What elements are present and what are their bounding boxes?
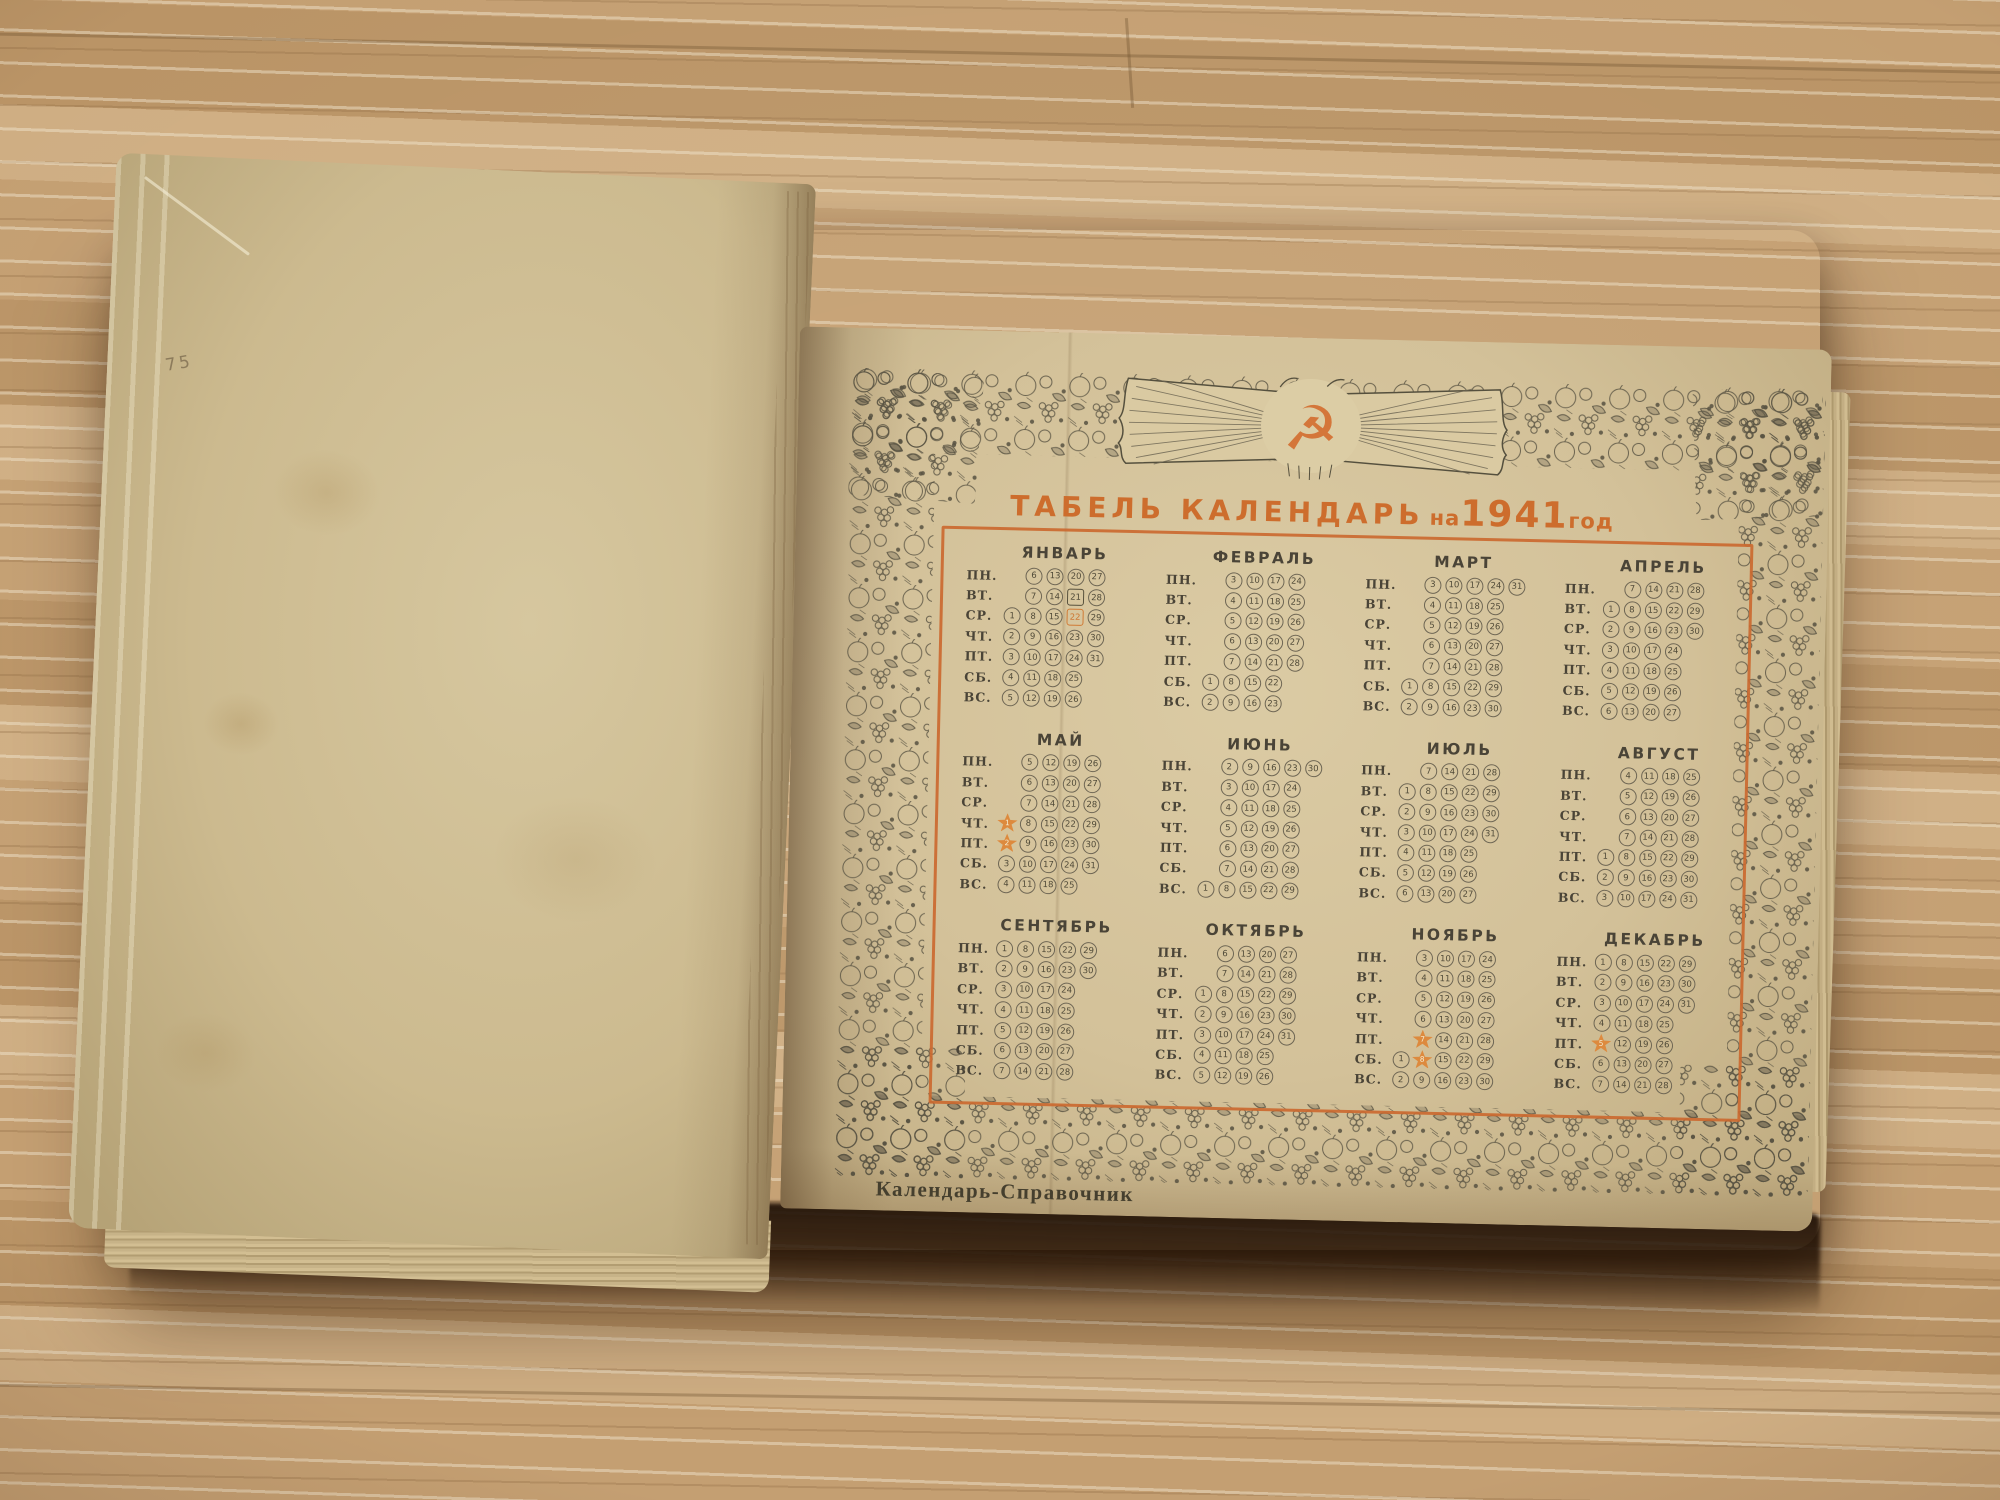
date-circle: 4	[1224, 592, 1241, 609]
day-row: ВС.6132027	[1358, 882, 1536, 906]
date-star: 1	[997, 813, 1018, 833]
day-label: СБ.	[1164, 673, 1200, 689]
date-cell: 29	[1684, 603, 1705, 620]
date-cell: 10	[1443, 577, 1464, 594]
date-circle: 16	[1638, 870, 1655, 887]
date-circle: 14	[1014, 1063, 1031, 1080]
date-cell: 5	[1019, 754, 1040, 771]
date-circle: 3	[1225, 572, 1242, 589]
date-cell: 2	[1192, 1006, 1213, 1023]
date-circle: 27	[1084, 776, 1101, 793]
date-circle: 27	[1459, 886, 1476, 903]
date-circle: 25	[1256, 1048, 1273, 1065]
date-cell: 2	[1219, 758, 1240, 775]
date-cell: 2	[1592, 974, 1613, 991]
date-circle: 7	[1618, 829, 1635, 846]
date-cell: 19	[1264, 613, 1285, 630]
date-circle: 28	[1286, 655, 1303, 672]
date-circle: 14	[1645, 581, 1662, 598]
page-stain	[184, 676, 298, 771]
date-cell: 9	[1213, 1006, 1234, 1023]
date-cell: 16	[1043, 629, 1064, 646]
date-circle: 22	[1660, 850, 1677, 867]
date-cell: 2	[1398, 698, 1419, 715]
date-cell: 13	[1433, 1011, 1454, 1028]
date-cell: 25	[1662, 663, 1683, 680]
date-cell: 11	[1243, 593, 1264, 610]
month-5: МАЙПН.5121926ВТ.6132027СР.7142128ЧТ.1815…	[937, 718, 1141, 909]
date-circle: 21	[1260, 861, 1277, 878]
date-cell: 31	[1506, 578, 1527, 595]
date-cell: 6	[992, 1042, 1013, 1059]
date-cell: 19	[1632, 1036, 1653, 1053]
date-circle: 31	[1082, 857, 1099, 874]
date-cell: 28	[1284, 655, 1305, 672]
date-circle: 20	[1634, 1056, 1651, 1073]
day-label: ВС.	[1155, 1067, 1191, 1083]
date-circle: 10	[1246, 572, 1263, 589]
date-cell: 12	[1416, 865, 1437, 882]
date-cell: 4	[1422, 597, 1443, 614]
month-name: ЯНВАРЬ	[1001, 543, 1129, 564]
date-cell: 11	[1016, 876, 1037, 893]
date-cell: 11	[1416, 844, 1437, 861]
date-circle: 13	[1640, 809, 1657, 826]
day-label: ВТ.	[1165, 592, 1201, 608]
day-label: ПН.	[962, 754, 998, 770]
date-circle: 19	[1235, 1068, 1252, 1085]
date-circle: 12	[1613, 1036, 1630, 1053]
date-cell: 9	[1411, 1072, 1432, 1089]
date-circle: 16	[1045, 629, 1062, 646]
day-label: ВС.	[1354, 1072, 1390, 1088]
date-cell: 8	[1621, 601, 1642, 618]
date-cell: 11	[1021, 669, 1042, 686]
date-cell: 1	[994, 940, 1015, 957]
date-cell: 8	[1018, 815, 1039, 832]
date-circle: 24	[1061, 857, 1078, 874]
date-cell: 13	[1238, 840, 1259, 857]
date-circle: 6	[1021, 774, 1038, 791]
date-circle: 24	[1288, 573, 1305, 590]
date-circle: 19	[1036, 1023, 1053, 1040]
date-circle: 12	[1418, 865, 1435, 882]
date-circle: 24	[1283, 780, 1300, 797]
month-name: АПРЕЛЬ	[1599, 557, 1727, 578]
date-cell: 27	[1284, 634, 1305, 651]
day-label: ВС.	[1363, 698, 1399, 714]
date-cell: 15	[1234, 986, 1255, 1003]
date-cell: 11	[1434, 970, 1455, 987]
date-circle: 3	[1596, 889, 1613, 906]
date-circle: 30	[1305, 760, 1322, 777]
date-cell: 21	[1060, 796, 1081, 813]
date-cell: 24	[1485, 578, 1506, 595]
day-label: СБ.	[964, 669, 1000, 685]
day-label: ВС.	[1163, 694, 1199, 710]
date-cell: 5	[1598, 682, 1619, 699]
date-cell: 21	[1462, 659, 1483, 676]
date-cell: 13	[1442, 638, 1463, 655]
date-circle: 20	[1261, 841, 1278, 858]
date-cell: 8	[1418, 783, 1439, 800]
date-cell: 17	[1633, 995, 1654, 1012]
date-circle: 24	[1479, 951, 1496, 968]
date-circle: 31	[1277, 1028, 1294, 1045]
date-circle: 27	[1057, 1043, 1074, 1060]
date-circle: 24	[1256, 1028, 1273, 1045]
date-circle: 28	[1687, 582, 1704, 599]
date-circle: 23	[1264, 695, 1281, 712]
day-label: ВС.	[1358, 885, 1394, 901]
date-circle: 5	[1219, 820, 1236, 837]
day-label: ЧТ.	[1164, 633, 1200, 649]
date-circle: 21	[1062, 796, 1079, 813]
date-circle: 5	[1397, 864, 1414, 881]
date-circle: 18	[1457, 971, 1474, 988]
date-circle: 6	[1619, 808, 1636, 825]
date-cell: 6	[1421, 637, 1442, 654]
date-circle: 20	[1036, 1043, 1053, 1060]
date-cell: 23	[1453, 1073, 1474, 1090]
date-cell: 23	[1064, 629, 1085, 646]
date-cell: 8	[1216, 881, 1237, 898]
date-cell: 19	[1640, 683, 1661, 700]
day-label: ЧТ.	[1364, 637, 1400, 653]
date-circle: 21	[1666, 582, 1683, 599]
date-circle: 1	[1594, 954, 1611, 971]
month-4: АПРЕЛЬПН.7142128ВТ.18152229СР.29162330ЧТ…	[1540, 545, 1744, 736]
date-circle: 4	[1601, 662, 1618, 679]
date-cell: 27	[1680, 810, 1701, 827]
date-cell: 3	[1422, 576, 1443, 593]
date-cell: 8	[1220, 674, 1241, 691]
date-circle: 8	[1623, 601, 1640, 618]
date-cell: 6	[1394, 885, 1415, 902]
date-circle: 19	[1642, 683, 1659, 700]
date-circle: 25	[1487, 598, 1504, 615]
date-cell: 10	[1239, 779, 1260, 796]
date-cell: 24	[1459, 825, 1480, 842]
date-circle: 31	[1677, 996, 1694, 1013]
day-label: ПТ.	[956, 1022, 992, 1038]
hammer-and-sickle-icon: ☭	[1282, 391, 1340, 466]
date-cell: 9	[1022, 628, 1043, 645]
day-label: СР.	[1360, 803, 1396, 819]
date-cell: 22	[1258, 882, 1279, 899]
date-circle: 25	[1057, 1003, 1074, 1020]
date-circle: 14	[1639, 829, 1656, 846]
date-circle: 22	[1260, 882, 1277, 899]
date-circle: 25	[1478, 971, 1495, 988]
date-circle: 2	[1594, 974, 1611, 991]
date-cell: 5	[1222, 613, 1243, 630]
date-cell: 27	[1086, 569, 1107, 586]
date-circle: 7	[993, 1062, 1010, 1079]
day-label: ВТ.	[962, 774, 998, 790]
date-cell: 1	[1001, 608, 1022, 625]
date-cell: 19	[1463, 618, 1484, 635]
date-cell: 10	[1014, 981, 1035, 998]
page-stain	[134, 995, 279, 1111]
date-cell: 1	[1199, 673, 1220, 690]
date-cell: 2	[1001, 628, 1022, 645]
date-cell: 14	[1039, 795, 1060, 812]
date-cell: 26	[1254, 1068, 1275, 1085]
date-circle: 21	[1265, 654, 1282, 671]
date-cell: 14	[1242, 654, 1263, 671]
date-cell: 23	[1461, 700, 1482, 717]
date-cell: 20	[1256, 946, 1277, 963]
date-circle: 4	[1397, 844, 1414, 861]
date-cell: 3	[993, 981, 1014, 998]
day-label: СБ.	[1159, 860, 1195, 876]
date-circle: 30	[1482, 805, 1499, 822]
date-cell: 16	[1438, 804, 1459, 821]
day-label: ПН.	[1565, 581, 1601, 597]
date-circle: 11	[1015, 1002, 1032, 1019]
date-cell: 7	[1023, 588, 1044, 605]
day-label: ВС.	[1553, 1076, 1589, 1092]
date-cell: 3	[1223, 572, 1244, 589]
date-cell: 3	[1396, 824, 1417, 841]
date-circle: 13	[1046, 568, 1063, 585]
day-label: ВТ.	[1556, 974, 1592, 990]
date-cell: 23	[1059, 836, 1080, 853]
date-circle: 3	[1193, 1026, 1210, 1043]
date-cell: 6	[1023, 567, 1044, 584]
date-circle: 2	[1194, 1006, 1211, 1023]
day-label: ПН.	[1556, 954, 1592, 970]
date-cell: 21	[1256, 966, 1277, 983]
date-cell: 13	[1040, 775, 1061, 792]
date-cell: 31	[1675, 996, 1696, 1013]
date-cell: 19	[1659, 789, 1680, 806]
day-label: СР.	[1165, 612, 1201, 628]
date-circle: 28	[1279, 967, 1296, 984]
date-circle: 20	[1456, 1012, 1473, 1029]
date-cell: 12	[1619, 683, 1640, 700]
date-circle: 4	[1220, 799, 1237, 816]
date-circle: 15	[1434, 1052, 1451, 1069]
date-cell: 27	[1484, 639, 1505, 656]
date-cell: 15	[1441, 679, 1462, 696]
date-circle: 3	[995, 981, 1012, 998]
day-label: ПН.	[1157, 945, 1193, 961]
date-circle: 29	[1087, 609, 1104, 626]
date-cell: 25	[1281, 801, 1302, 818]
date-circle: 26	[1287, 614, 1304, 631]
date-circle: 2	[1201, 694, 1218, 711]
date-cell: 14	[1439, 763, 1460, 780]
date-circle: 19	[1439, 865, 1456, 882]
date-circle: 23	[1257, 1007, 1274, 1024]
day-label: ВТ.	[966, 587, 1002, 603]
date-cell: 12	[1238, 820, 1259, 837]
date-cell: 15	[1634, 955, 1655, 972]
date-cell: 10	[1244, 572, 1265, 589]
date-cell: 6	[1617, 808, 1638, 825]
day-label: СР.	[961, 794, 997, 810]
date-cell: 13	[1619, 703, 1640, 720]
date-circle: 17	[1635, 995, 1652, 1012]
day-label: ВС.	[964, 689, 1000, 705]
date-cell: 13	[1013, 1042, 1034, 1059]
date-cell: 4	[1191, 1046, 1212, 1063]
date-circle: 19	[1634, 1036, 1651, 1053]
date-cell: 8	[1015, 940, 1036, 957]
date-circle: 15	[1443, 679, 1460, 696]
date-cell: 4	[1218, 799, 1239, 816]
date-circle: 13	[1417, 885, 1434, 902]
date-cell: 21	[1033, 1063, 1054, 1080]
date-cell: 21	[1258, 861, 1279, 878]
date-circle: 16	[1636, 975, 1653, 992]
date-circle: 18	[1661, 768, 1678, 785]
date-circle: 9	[1215, 1006, 1232, 1023]
date-circle: 26	[1084, 755, 1101, 772]
date-circle: 11	[1418, 844, 1435, 861]
date-cell: 9	[1220, 694, 1241, 711]
date-cell: 22	[1663, 602, 1684, 619]
date-circle: 17	[1037, 982, 1054, 999]
date-circle: 2	[1400, 698, 1417, 715]
day-label: СР.	[965, 608, 1001, 624]
date-circle: 21	[1660, 830, 1677, 847]
day-label: ПТ.	[960, 835, 996, 851]
date-cell: 23	[1056, 962, 1077, 979]
day-label: ВТ.	[1365, 596, 1401, 612]
month-name: МАЙ	[997, 730, 1125, 751]
date-cell: 14	[1643, 581, 1664, 598]
footer-caption: Календарь-Справочник	[875, 1176, 1134, 1207]
date-circle: 23	[1066, 629, 1083, 646]
date-circle: 24	[1487, 578, 1504, 595]
date-circle: 11	[1245, 593, 1262, 610]
date-cell: 16	[1241, 695, 1262, 712]
day-row: ВС.18152229	[1159, 878, 1337, 902]
date-circle: 14	[1244, 654, 1261, 671]
date-circle: 22	[1257, 987, 1274, 1004]
date-circle: 8	[1618, 849, 1635, 866]
date-cell: 11	[1638, 768, 1659, 785]
day-label: СР.	[1364, 617, 1400, 633]
date-circle: 8	[1017, 941, 1034, 958]
day-label: ЧТ.	[1555, 1015, 1591, 1031]
date-circle: 16	[1440, 804, 1457, 821]
date-circle: 1	[1401, 678, 1418, 695]
date-cell: 5	[992, 1022, 1013, 1039]
date-cell: 5	[1191, 1067, 1212, 1084]
date-cell: 2	[1600, 621, 1621, 638]
day-label: СБ.	[1554, 1056, 1590, 1072]
date-cell: 7	[1589, 1076, 1610, 1093]
day-label: ПН.	[1166, 571, 1202, 587]
date-circle: 22	[1455, 1052, 1472, 1069]
date-cell: 4	[992, 1001, 1013, 1018]
date-cell: 16	[1038, 836, 1059, 853]
date-circle: 19	[1044, 690, 1061, 707]
date-cell: 6	[1019, 774, 1040, 791]
date-cell: 20	[1463, 638, 1484, 655]
date-cell: 27	[1457, 886, 1478, 903]
date-cell: 21	[1460, 764, 1481, 781]
day-label: ПТ.	[1559, 849, 1595, 865]
date-cell: 21	[1631, 1077, 1652, 1094]
day-label: ПТ.	[1563, 662, 1599, 678]
date-circle: 8	[1020, 815, 1037, 832]
date-cell: 8	[1213, 986, 1234, 1003]
date-cell: 6	[1217, 840, 1238, 857]
title-god: год	[1568, 509, 1614, 534]
date-circle: 26	[1682, 789, 1699, 806]
date-cell: 28	[1277, 967, 1298, 984]
calendar-page: ☭ ТАБЕЛЬ КАЛЕНДАРЬ на1941год ЯНВАРЬПН.61…	[780, 326, 1832, 1231]
date-cell: 10	[1417, 824, 1438, 841]
date-circle: 5	[994, 1022, 1011, 1039]
date-circle: 17	[1466, 577, 1483, 594]
date-cell: 11	[1013, 1002, 1034, 1019]
date-square_orange: 22	[1066, 609, 1083, 626]
date-cell: 22	[1460, 784, 1481, 801]
date-circle: 4	[1002, 669, 1019, 686]
date-circle: 15	[1441, 784, 1458, 801]
date-cell: 28	[1081, 796, 1102, 813]
date-cell: 24	[1662, 643, 1683, 660]
date-circle: 21	[1633, 1077, 1650, 1094]
date-circle: 12	[1023, 690, 1040, 707]
date-circle: 17	[1440, 825, 1457, 842]
day-row: ВС.291623	[1163, 691, 1341, 715]
date-cell: 6	[1590, 1055, 1611, 1072]
date-cell: 3	[1599, 641, 1620, 658]
date-circle: 25	[1656, 1016, 1673, 1033]
date-star: 7	[1412, 1030, 1433, 1050]
day-label: ПТ.	[1164, 653, 1200, 669]
date-cell: 25	[1055, 1003, 1076, 1020]
date-circle: 15	[1243, 674, 1260, 691]
date-circle: 17	[1458, 951, 1475, 968]
date-circle: 24	[1065, 650, 1082, 667]
date-circle: 15	[1038, 941, 1055, 958]
date-circle: 17	[1044, 649, 1061, 666]
date-cell: 29	[1679, 850, 1700, 867]
date-cell: 21	[1065, 589, 1086, 606]
date-circle: 30	[1678, 976, 1695, 993]
day-label: СБ.	[956, 1042, 992, 1058]
date-circle: 6	[1216, 945, 1233, 962]
date-circle: 14	[1237, 966, 1254, 983]
date-circle: 6	[1414, 1011, 1431, 1028]
date-circle: 14	[1443, 658, 1460, 675]
date-circle: 23	[1659, 870, 1676, 887]
date-circle: 20	[1661, 809, 1678, 826]
date-circle: 15	[1239, 881, 1256, 898]
date-cell: 24	[1654, 996, 1675, 1013]
date-cell: 15	[1036, 941, 1057, 958]
date-cell: 13	[1044, 568, 1065, 585]
date-cell: 7	[1216, 860, 1237, 877]
date-cell: 26	[1484, 618, 1505, 635]
date-circle: 2	[1596, 869, 1613, 886]
date-circle: 5	[1415, 990, 1432, 1007]
date-circle: 11	[1614, 1015, 1631, 1032]
date-circle: 12	[1444, 618, 1461, 635]
date-cell: 9	[1613, 974, 1634, 991]
date-cell: 23	[1459, 805, 1480, 822]
date-cell: 12	[1638, 788, 1659, 805]
date-cell: 24	[1477, 951, 1498, 968]
